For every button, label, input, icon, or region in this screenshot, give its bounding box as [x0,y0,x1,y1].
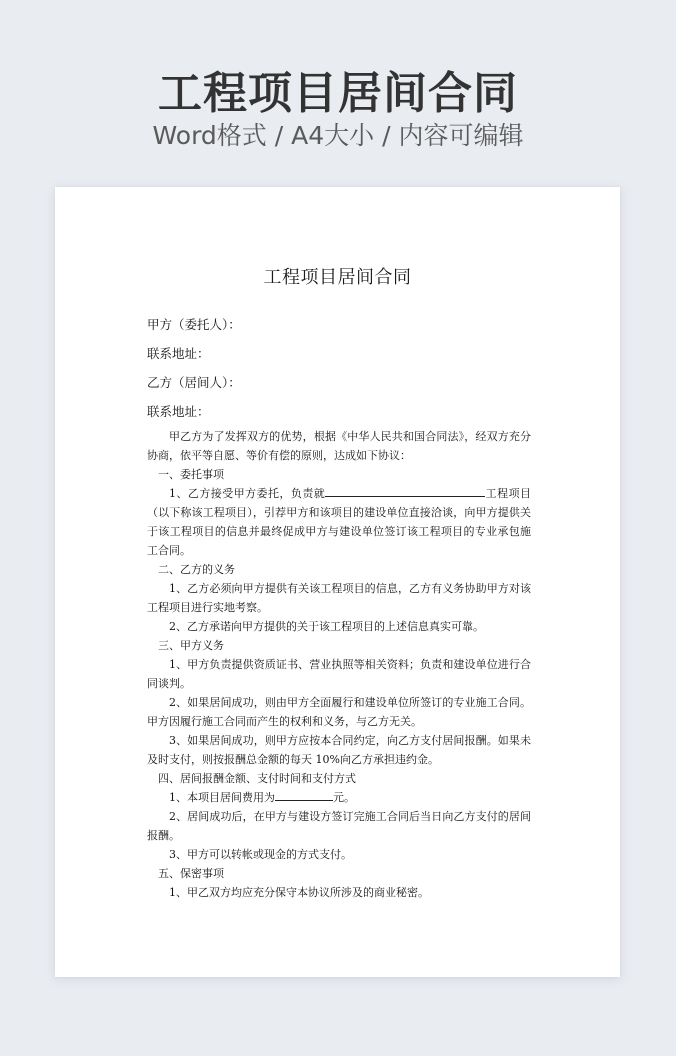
section-heading-4: 四、居间报酬金额、支付时间和支付方式 [147,769,531,788]
clause-4-3: 3、甲方可以转帐或现金的方式支付。 [147,845,531,864]
document-page: 工程项目居间合同 甲方（委托人）： 联系地址： 乙方（居间人）： 联系地址： 甲… [55,187,620,977]
project-name-blank[interactable] [325,485,485,497]
clause-2-1: 1、乙方必须向甲方提供有关该工程项目的信息，乙方有义务协助甲方对该工程项目进行实… [147,579,531,617]
section-heading-3: 三、甲方义务 [147,636,531,655]
clause-2-2: 2、乙方承诺向甲方提供的关于该工程项目的上述信息真实可靠。 [147,617,531,636]
party-b-address-label: 联系地址： [147,402,210,420]
clause-3-3: 3、如果居间成功，则甲方应按本合同约定，向乙方支付居间报酬。如果未及时支付，则按… [147,731,531,769]
clause-text: 1、本项目居间费用为 [169,791,275,804]
party-b-label: 乙方（居间人）： [147,373,241,391]
clause-3-2: 2、如果居间成功，则由甲方全面履行和建设单位所签订的专业施工合同。甲方因履行施工… [147,693,531,731]
fee-amount-blank[interactable] [275,789,333,801]
clause-3-1: 1、甲方负责提供资质证书、营业执照等相关资料；负责和建设单位进行合同谈判。 [147,655,531,693]
section-heading-1: 一、委托事项 [147,465,531,484]
clause-1-1: 1、乙方接受甲方委托，负责就工程项目（以下称该工程项目），引荐甲方和该项目的建设… [147,484,531,560]
section-heading-5: 五、保密事项 [147,864,531,883]
section-heading-2: 二、乙方的义务 [147,560,531,579]
clause-text: 元。 [333,791,355,804]
clause-5-1: 1、甲乙双方均应充分保守本协议所涉及的商业秘密。 [147,883,531,902]
banner-subtitle: Word格式 / A4大小 / 内容可编辑 [0,118,676,154]
document-title: 工程项目居间合同 [55,263,620,289]
clause-4-2: 2、居间成功后，在甲方与建设方签订完施工合同后当日向乙方支付的居间报酬。 [147,807,531,845]
party-a-address-label: 联系地址： [147,344,210,362]
party-a-label: 甲方（委托人）： [147,315,241,333]
contract-body: 甲乙方为了发挥双方的优势，根据《中华人民共和国合同法》，经双方充分协商，依平等自… [147,427,531,902]
banner-title: 工程项目居间合同 [0,66,676,122]
clause-text: 1、乙方接受甲方委托，负责就 [169,487,325,500]
preamble: 甲乙方为了发挥双方的优势，根据《中华人民共和国合同法》，经双方充分协商，依平等自… [147,427,531,465]
clause-4-1: 1、本项目居间费用为元。 [147,788,531,807]
